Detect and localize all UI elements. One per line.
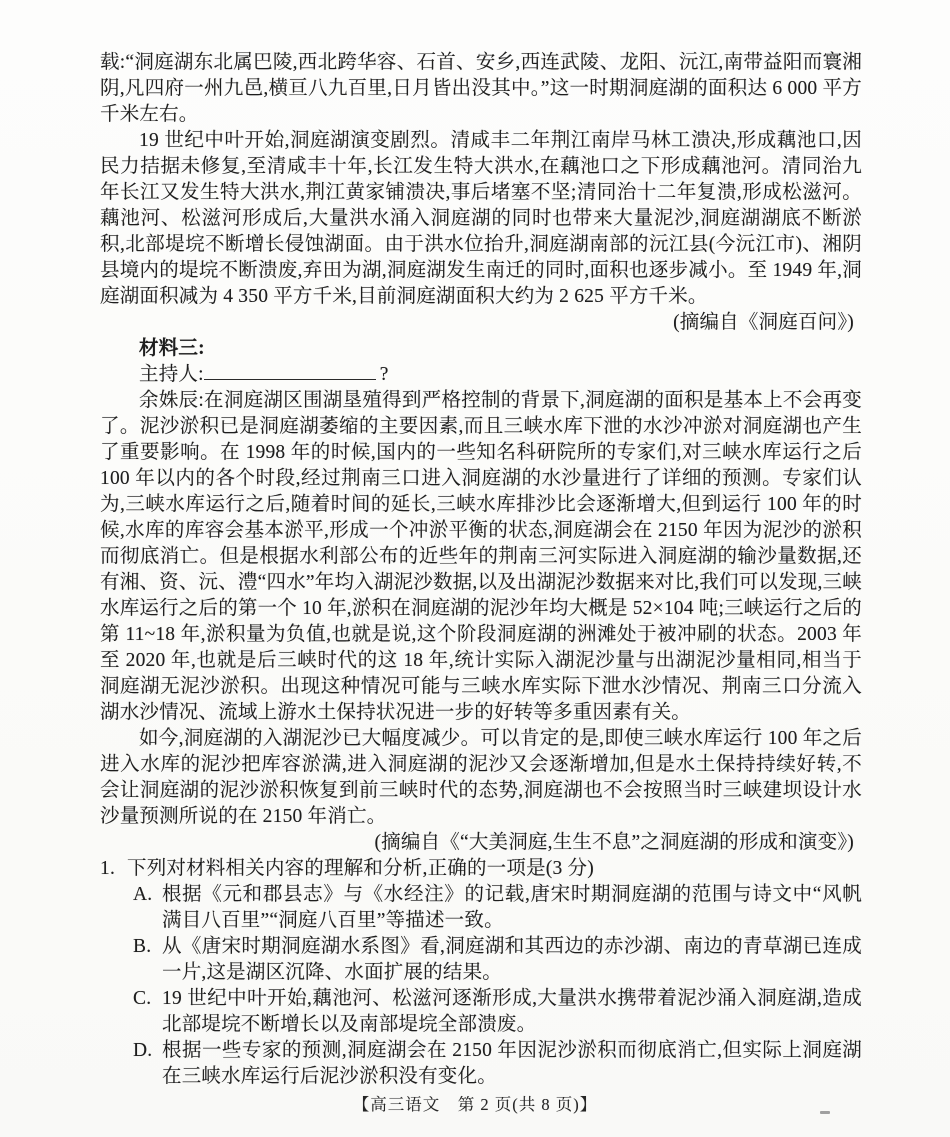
blank-underline	[204, 364, 376, 380]
material2-paragraph-continuation: 载:“洞庭湖东北属巴陵,西北跨华容、石首、安乡,西连武陵、龙阳、沅江,南带益阳而…	[100, 50, 862, 128]
question-number: 1.	[100, 856, 127, 882]
option-a-label: A.	[133, 882, 162, 934]
host-label: 主持人:	[139, 364, 204, 385]
document-body: 载:“洞庭湖东北属巴陵,西北跨华容、石首、安乡,西连武陵、龙阳、沅江,南带益阳而…	[100, 50, 862, 1090]
material3-host-line: 主持人:?	[100, 362, 862, 388]
option-c-label: C.	[133, 986, 162, 1038]
option-c: C. 19 世纪中叶开始,藕池河、松滋河逐渐形成,大量洪水携带着泥沙涌入洞庭湖,…	[133, 986, 862, 1038]
question-stem-text: 下列对材料相关内容的理解和分析,正确的一项是(3 分)	[127, 856, 862, 882]
exam-page: 载:“洞庭湖东北属巴陵,西北跨华容、石首、安乡,西连武陵、龙阳、沅江,南带益阳而…	[0, 0, 950, 1137]
material2-paragraph-history: 19 世纪中叶开始,洞庭湖演变剧烈。清咸丰二年荆江南岸马林工溃决,形成藕池口,因…	[100, 128, 862, 310]
material3-paragraph-today: 如今,洞庭湖的入湖泥沙已大幅度减少。可以肯定的是,即使三峡水库运行 100 年之…	[100, 726, 862, 830]
material3-paragraph-dialogue: 余姝辰:在洞庭湖区围湖垦殖得到严格控制的背景下,洞庭湖的面积是基本上不会再变了。…	[100, 388, 862, 726]
option-c-text: 19 世纪中叶开始,藕池河、松滋河逐渐形成,大量洪水携带着泥沙涌入洞庭湖,造成北…	[162, 986, 862, 1038]
option-a: A. 根据《元和郡县志》与《水经注》的记载,唐宋时期洞庭湖的范围与诗文中“风帆满…	[133, 882, 862, 934]
option-d-text: 根据一些专家的预测,洞庭湖会在 2150 年因泥沙淤积而彻底消亡,但实际上洞庭湖…	[162, 1038, 862, 1090]
scan-artifact	[820, 1111, 830, 1114]
material3-source: (摘编自《“大美洞庭,生生不息”之洞庭湖的形成和演变》)	[100, 830, 862, 856]
question-1-stem: 1. 下列对材料相关内容的理解和分析,正确的一项是(3 分)	[100, 856, 862, 882]
material3-heading: 材料三:	[100, 336, 862, 362]
option-d: D. 根据一些专家的预测,洞庭湖会在 2150 年因泥沙淤积而彻底消亡,但实际上…	[133, 1038, 862, 1090]
option-a-text: 根据《元和郡县志》与《水经注》的记载,唐宋时期洞庭湖的范围与诗文中“风帆满目八百…	[162, 882, 862, 934]
option-d-label: D.	[133, 1038, 162, 1090]
host-question-mark: ?	[380, 364, 389, 385]
option-b-text: 从《唐宋时期洞庭湖水系图》看,洞庭湖和其西边的赤沙湖、南边的青草湖已连成一片,这…	[162, 934, 862, 986]
option-b-label: B.	[133, 934, 162, 986]
material2-source: (摘编自《洞庭百问》)	[100, 310, 862, 336]
question-1: 1. 下列对材料相关内容的理解和分析,正确的一项是(3 分) A. 根据《元和郡…	[100, 856, 862, 1090]
option-b: B. 从《唐宋时期洞庭湖水系图》看,洞庭湖和其西边的赤沙湖、南边的青草湖已连成一…	[133, 934, 862, 986]
page-footer: 【高三语文 第 2 页(共 8 页)】	[0, 1091, 950, 1115]
